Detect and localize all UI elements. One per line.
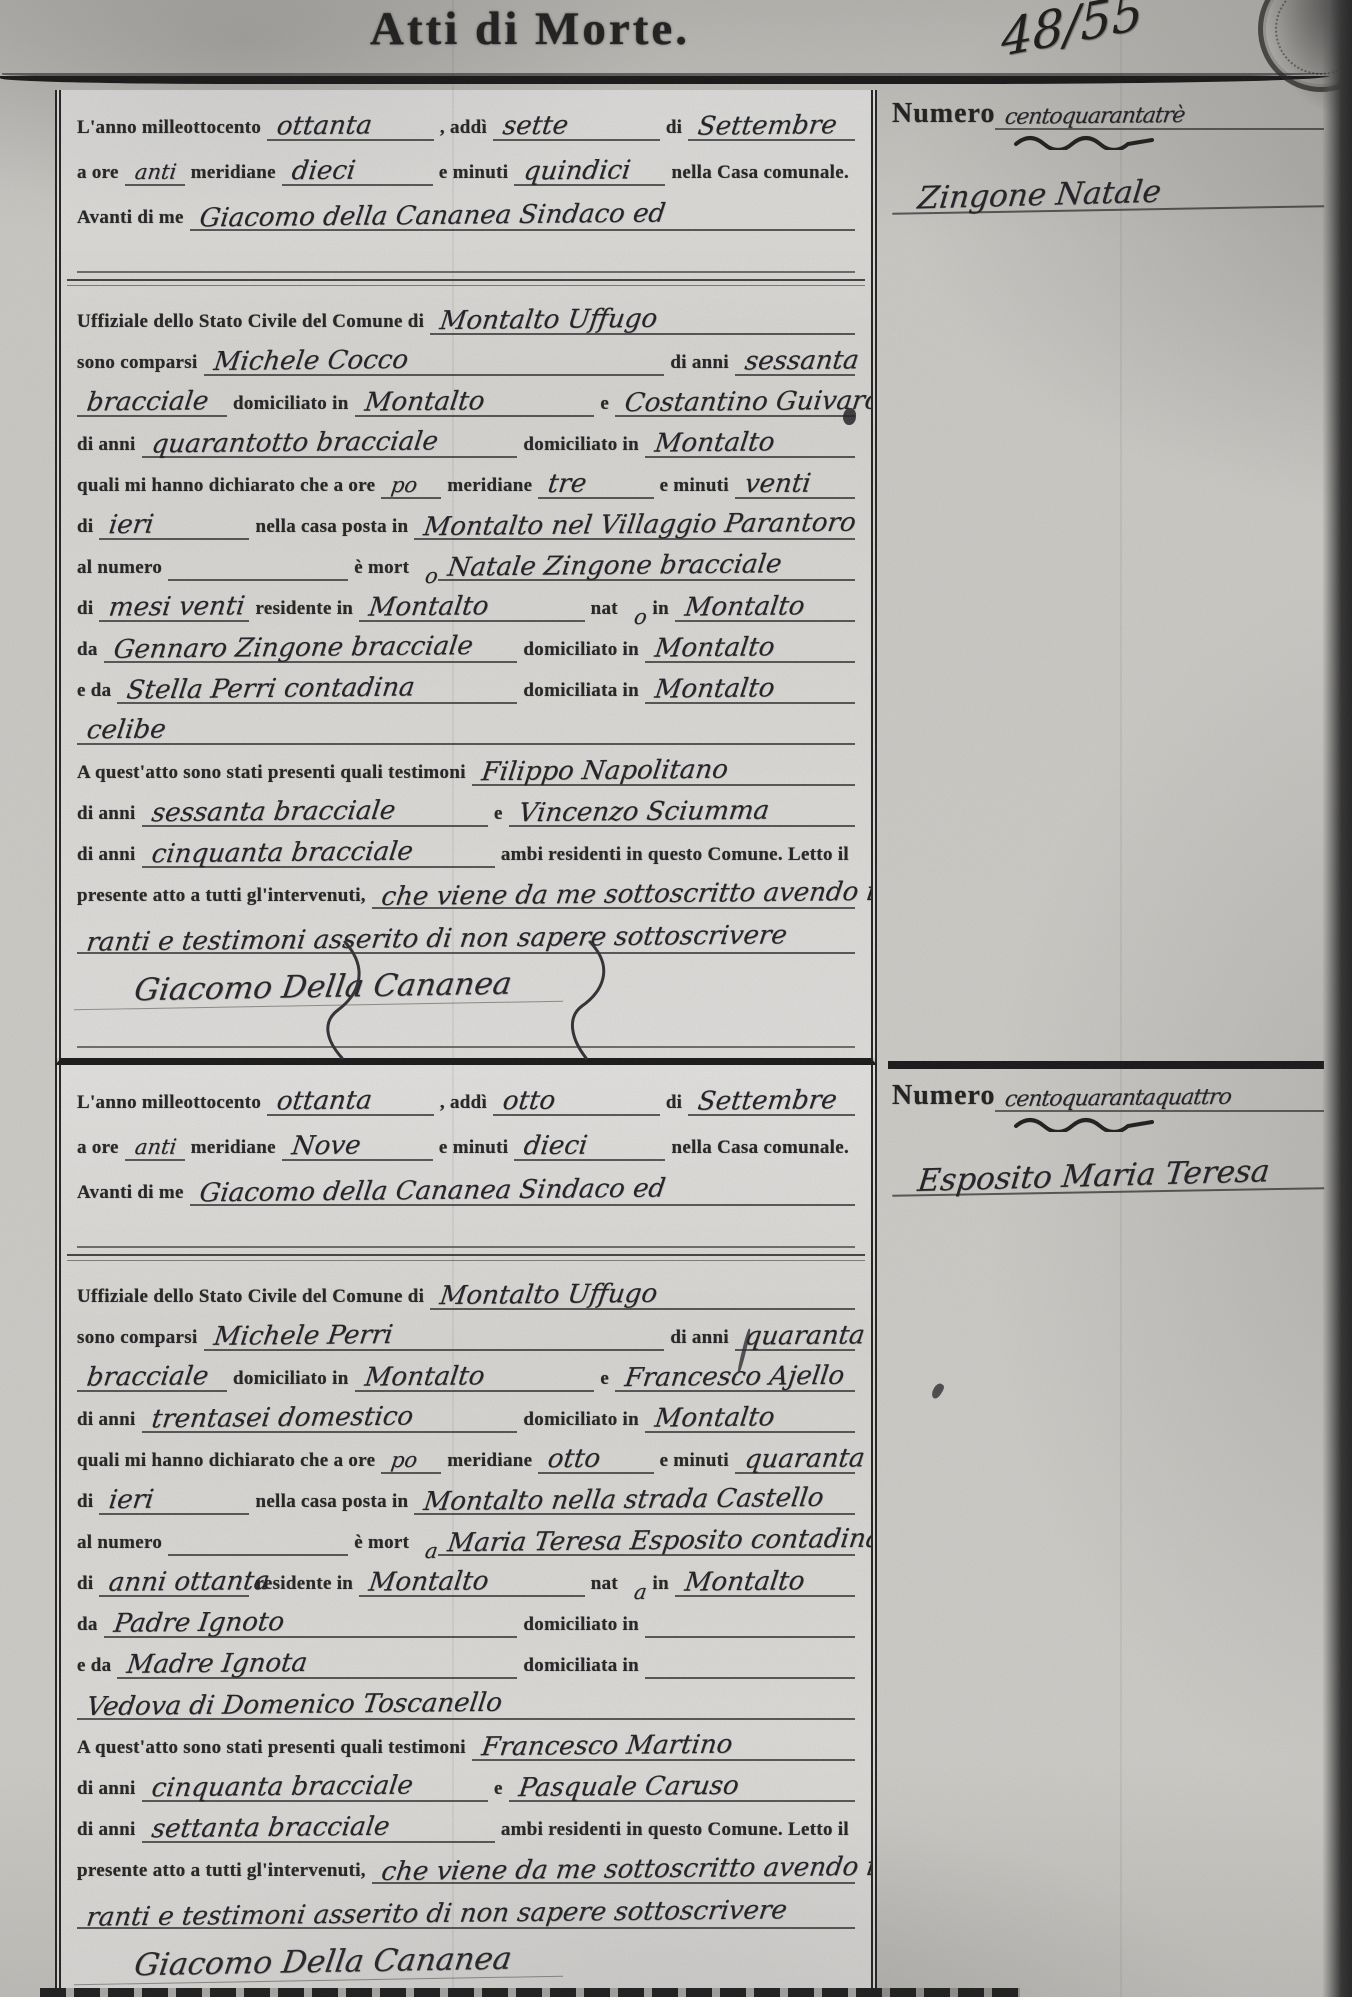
form-label: domiciliato in	[227, 393, 355, 417]
handwritten-marital-status: Vedova di Domenico Toscanello	[75, 1692, 503, 1719]
handwritten-declarant1: Michele Cocco	[202, 349, 409, 373]
death-register-page: Atti di Morte. 48/55 L'anno milleottocen…	[0, 0, 1352, 1997]
handwritten-witness2: Pasquale Caruso	[507, 1775, 740, 1799]
handwritten-death-day: ieri	[98, 1489, 155, 1512]
page-title: Atti di Morte.	[0, 2, 1060, 56]
form-label: domiciliato in	[517, 1409, 645, 1433]
line-time: a ore anti meridiane Nove e minuti dieci…	[77, 1116, 855, 1161]
handwritten-comune: Montalto Uffugo	[429, 308, 659, 332]
section-divider	[67, 1254, 865, 1261]
handwritten-declarant1: Michele Perri	[202, 1324, 394, 1348]
form-label: di anni	[77, 434, 142, 458]
form-label: A quest'atto sono stati presenti quali t…	[77, 1737, 472, 1761]
line-death-time: quali mi hanno dichiarato che a ore po m…	[77, 458, 855, 499]
section-divider	[67, 279, 865, 286]
handwritten-mother: Madre Ignota	[116, 1652, 309, 1676]
handwritten-witness2: Vincenzo Sciumma	[507, 800, 770, 825]
form-label: di anni	[664, 352, 735, 376]
handwritten-age1: sessanta	[733, 349, 860, 372]
line-mother: e da Stella Perri contadina domiciliata …	[77, 663, 855, 704]
form-label: nella casa posta in	[249, 516, 414, 540]
handwritten-gender-vowel: o	[623, 609, 648, 627]
form-label: meridiane	[441, 475, 538, 499]
handwritten-death-hour: tre	[537, 473, 588, 496]
line-witness2-age: di anni cinquanta bracciale ambi residen…	[77, 827, 855, 868]
line-death-time: quali mi hanno dichiarato che a ore po m…	[77, 1433, 855, 1474]
form-label: nella casa posta in	[249, 1491, 414, 1515]
line-witness1: A quest'atto sono stati presenti quali t…	[77, 745, 855, 786]
handwritten-meridian: anti	[124, 164, 178, 182]
form-label: L'anno milleottocento	[77, 117, 267, 141]
line-witness2-age: di anni settanta bracciale ambi resident…	[77, 1802, 855, 1843]
line-declarant2-age: di anni quarantotto bracciale domiciliat…	[77, 417, 855, 458]
handwritten-official: Giacomo della Cananea Sindaco ed	[188, 1178, 666, 1205]
line-declarant2-age: di anni trentasei domestico domiciliato …	[77, 1392, 855, 1433]
scan-edge-shadow	[1322, 0, 1352, 1997]
form-label: sono comparsi	[77, 352, 204, 376]
handwritten-domicile2: Montalto	[643, 1406, 775, 1429]
form-label: domiciliata in	[517, 1655, 645, 1679]
line-comune: Uffiziale dello Stato Civile del Comune …	[77, 1269, 855, 1310]
form-label: di	[77, 1491, 99, 1515]
form-label: a ore	[77, 1137, 125, 1161]
handwritten-day: sette	[492, 115, 570, 138]
paper-fold-line	[1120, 0, 1122, 1997]
handwritten-gender-vowel: a	[414, 1543, 439, 1561]
scan-edge-shadow	[40, 1988, 1020, 1997]
handwritten-domicile1: Montalto	[353, 390, 485, 413]
record-number-line: Numero centoquarantaquattro	[892, 1080, 1324, 1112]
form-label: sono comparsi	[77, 1327, 204, 1351]
ink-blot	[843, 408, 856, 425]
form-label: L'anno milleottocento	[77, 1092, 267, 1116]
form-label: Uffiziale dello Stato Civile del Comune …	[77, 1286, 430, 1310]
form-label: meridiane	[441, 1450, 538, 1474]
handwritten-death-minutes: venti	[734, 473, 813, 496]
handwritten-father: Padre Ignoto	[102, 1611, 285, 1635]
line-mother: e da Madre Ignota domiciliata in	[77, 1638, 855, 1679]
form-label: domiciliata in	[517, 680, 645, 704]
numero-label: Numero	[892, 98, 995, 130]
handwritten-death-hour: otto	[537, 1448, 602, 1471]
handwritten-witness1: Francesco Martino	[470, 1734, 733, 1759]
line-declarant1: sono comparsi Michele Cocco di anni sess…	[77, 335, 855, 376]
line-marital-status: celibe	[77, 704, 855, 745]
form-label: di anni	[664, 1327, 735, 1351]
form-label: di anni	[77, 1778, 142, 1802]
form-label: da	[77, 639, 104, 663]
handwritten-declarant2: Francesco Ajello	[614, 1365, 846, 1389]
form-label: al numero	[77, 1532, 168, 1556]
line-comune: Uffiziale dello Stato Civile del Comune …	[77, 294, 855, 335]
handwritten-meridian: anti	[124, 1139, 178, 1157]
line-father: da Padre Ignoto domiciliato in	[77, 1597, 855, 1638]
line-official: Avanti di me Giacomo della Cananea Sinda…	[77, 1161, 855, 1206]
form-label: e minuti	[433, 162, 514, 186]
form-label: nat	[585, 598, 624, 622]
handwritten-year: ottanta	[266, 1089, 374, 1112]
line-deceased: al numero è mort o Natale Zingone bracci…	[77, 540, 855, 581]
death-record-1: L'anno milleottocento ottanta , addì set…	[55, 90, 877, 1065]
line-death-place: di ieri nella casa posta in Montalto nel…	[77, 1474, 855, 1515]
handwritten-profession1: bracciale	[75, 390, 209, 413]
handwritten-birthplace: Montalto	[673, 595, 805, 618]
form-label: di anni	[77, 844, 142, 868]
form-label: Uffiziale dello Stato Civile del Comune …	[77, 311, 430, 335]
record-number-line: Numero centoquarantatrè	[892, 98, 1324, 130]
line-date: L'anno milleottocento ottanta , addì set…	[77, 96, 855, 141]
blank-ruled-line	[77, 1206, 855, 1248]
line-witness2: di anni cinquanta bracciale e Pasquale C…	[77, 1761, 855, 1802]
handwritten-marital-status: celibe	[76, 719, 168, 742]
line-marital-status: Vedova di Domenico Toscanello	[77, 1679, 855, 1720]
handwritten-official: Giacomo della Cananea Sindaco ed	[188, 203, 666, 230]
form-label: e minuti	[654, 1450, 735, 1474]
form-label: e	[594, 393, 615, 417]
handwritten-witness1: Filippo Napolitano	[470, 759, 729, 784]
form-label: di	[660, 117, 688, 141]
form-label: di	[77, 598, 99, 622]
line-declarant2: bracciale domiciliato in Montalto e Cost…	[77, 376, 855, 417]
form-label: è mort	[348, 557, 415, 581]
form-label: e minuti	[654, 475, 735, 499]
handwritten-year: ottanta	[266, 114, 374, 137]
form-label: ambi residenti in questo Comune. Letto i…	[495, 1819, 855, 1843]
handwritten-closing1: che viene da me sottoscritto avendo i di…	[370, 880, 877, 908]
handwritten-witness2-age: cinquanta bracciale	[140, 841, 414, 866]
record-divider	[888, 1061, 1324, 1069]
handwritten-domicile2: Montalto	[643, 431, 775, 454]
handwritten-profession1: bracciale	[75, 1365, 209, 1388]
official-signature: Giacomo Della Cananea	[74, 1940, 568, 1986]
line-closing1: presente atto a tutti gl'intervenuti, ch…	[77, 868, 855, 909]
form-label: presente atto a tutti gl'intervenuti,	[77, 1860, 372, 1884]
handwritten-domicile1: Montalto	[353, 1365, 485, 1388]
handwritten-death-meridian: po	[380, 477, 418, 495]
line-witness2: di anni sessanta bracciale e Vincenzo Sc…	[77, 786, 855, 827]
handwritten-death-place: Montalto nella strada Castello	[413, 1487, 826, 1513]
form-label: di anni	[77, 803, 142, 827]
form-label: nella Casa comunale.	[665, 1137, 855, 1161]
handwritten-deceased-margin-name: Esposito Maria Teresa	[890, 1158, 1271, 1195]
pen-flourish	[230, 940, 650, 1060]
form-label: quali mi hanno dichiarato che a ore	[77, 475, 381, 499]
form-label: di	[77, 516, 99, 540]
line-deceased-age: di mesi venti residente in Montalto nat …	[77, 581, 855, 622]
handwritten-closing2: ranti e testimoni asserito di non sapere…	[75, 1899, 788, 1929]
form-label: meridiane	[185, 1137, 282, 1161]
pen-flourish	[1012, 132, 1162, 150]
line-father: da Gennaro Zingone bracciale domiciliato…	[77, 622, 855, 663]
handwritten-declarant2: Costantino Guivaro	[614, 390, 877, 415]
handwritten-mother-domicile: Montalto	[643, 677, 775, 700]
handwritten-deceased-name: Natale Zingone bracciale	[436, 553, 783, 579]
line-deceased: al numero è mort a Maria Teresa Esposito…	[77, 1515, 855, 1556]
form-label: a ore	[77, 162, 125, 186]
form-label: e minuti	[433, 1137, 514, 1161]
form-label: residente in	[249, 598, 359, 622]
handwritten-birthplace: Montalto	[673, 1570, 805, 1593]
form-label: nat	[585, 1573, 624, 1597]
margin-annotation-record-1: Numero centoquarantatrè Zingone Natale	[892, 98, 1324, 211]
handwritten-mother: Stella Perri contadina	[116, 676, 417, 701]
form-label: meridiane	[185, 162, 282, 186]
handwritten-death-meridian: po	[380, 1452, 418, 1470]
handwritten-hour: Nove	[280, 1135, 361, 1158]
handwritten-minutes: quindici	[513, 159, 632, 182]
form-label: di	[77, 1573, 99, 1597]
death-record-2: L'anno milleottocento ottanta , addì ott…	[55, 1065, 877, 1997]
form-label: in	[647, 1573, 675, 1597]
handwritten-deceased-name: Maria Teresa Esposito contadina	[436, 1528, 877, 1555]
margin-annotation-record-2: Numero centoquarantaquattro Esposito Mar…	[892, 1080, 1324, 1193]
line-witness1: A quest'atto sono stati presenti quali t…	[77, 1720, 855, 1761]
line-declarant1: sono comparsi Michele Perri di anni quar…	[77, 1310, 855, 1351]
form-label: ambi residenti in questo Comune. Letto i…	[495, 844, 855, 868]
header-rule	[0, 76, 1330, 84]
form-label: A quest'atto sono stati presenti quali t…	[77, 762, 472, 786]
form-label: , addì	[434, 1092, 493, 1116]
line-date: L'anno milleottocento ottanta , addì ott…	[77, 1071, 855, 1116]
form-label: nella Casa comunale.	[665, 162, 855, 186]
form-label: presente atto a tutti gl'intervenuti,	[77, 885, 372, 909]
line-death-place: di ieri nella casa posta in Montalto nel…	[77, 499, 855, 540]
handwritten-witness1-age: cinquanta bracciale	[140, 1775, 414, 1800]
form-label: di anni	[77, 1409, 142, 1433]
line-official: Avanti di me Giacomo della Cananea Sinda…	[77, 186, 855, 231]
handwritten-witness2-age: settanta bracciale	[140, 1816, 391, 1841]
numero-label: Numero	[892, 1080, 995, 1112]
handwritten-minutes: dieci	[513, 1135, 589, 1158]
handwritten-record-number: centoquarantatrè	[994, 107, 1186, 128]
form-label: quali mi hanno dichiarato che a ore	[77, 1450, 381, 1474]
handwritten-witness1-age: sessanta bracciale	[140, 800, 396, 825]
form-label: e da	[77, 1655, 117, 1679]
handwritten-month: Settembre	[687, 1089, 839, 1113]
handwritten-month: Settembre	[687, 114, 839, 138]
handwritten-day: otto	[492, 1090, 557, 1113]
pen-flourish	[1012, 1114, 1162, 1132]
ink-stroke	[930, 1382, 946, 1400]
form-label: al numero	[77, 557, 168, 581]
form-label: e	[488, 803, 509, 827]
form-label: di	[660, 1092, 688, 1116]
form-label: di anni	[77, 1819, 142, 1843]
handwritten-deceased-age: anni ottanta	[98, 1570, 271, 1594]
blank-ruled-line	[77, 231, 855, 273]
handwritten-age2: trentasei domestico	[140, 1406, 414, 1431]
handwritten-age2: quarantotto bracciale	[140, 430, 439, 455]
handwritten-hour: dieci	[280, 160, 356, 183]
form-label: in	[647, 598, 675, 622]
handwritten-father: Gennaro Zingone bracciale	[102, 635, 474, 661]
form-label: e	[488, 1778, 509, 1802]
handwritten-death-minutes: quaranta	[733, 1447, 866, 1470]
line-deceased-age: di anni ottanta residente in Montalto na…	[77, 1556, 855, 1597]
handwritten-death-place: Montalto nel Villaggio Parantoro	[413, 512, 858, 539]
form-label: domiciliato in	[517, 434, 645, 458]
form-label: , addì	[434, 117, 493, 141]
handwritten-closing1: che viene da me sottoscritto avendo i di…	[370, 1855, 877, 1883]
form-label: domiciliato in	[517, 1614, 645, 1638]
form-label: è mort	[348, 1532, 415, 1556]
handwritten-residence: Montalto	[358, 595, 490, 618]
handwritten-age1: quaranta	[733, 1324, 866, 1347]
form-label: da	[77, 1614, 104, 1638]
handwritten-record-number: centoquarantaquattro	[994, 1089, 1232, 1110]
line-time: a ore anti meridiane dieci e minuti quin…	[77, 141, 855, 186]
line-closing2: ranti e testimoni asserito di non sapere…	[77, 1884, 855, 1929]
handwritten-death-day: ieri	[98, 514, 155, 537]
form-label: Avanti di me	[77, 1182, 190, 1206]
line-signature: Giacomo Della Cananea	[77, 1929, 855, 1981]
line-closing1: presente atto a tutti gl'intervenuti, ch…	[77, 1843, 855, 1884]
handwritten-comune: Montalto Uffugo	[429, 1283, 659, 1307]
form-label: e da	[77, 680, 117, 704]
form-label: domiciliato in	[227, 1368, 355, 1392]
handwritten-deceased-age: mesi venti	[98, 595, 247, 619]
handwritten-gender-vowel: o	[414, 568, 439, 586]
form-label: Avanti di me	[77, 207, 190, 231]
handwritten-residence: Montalto	[358, 1570, 490, 1593]
form-label: e	[594, 1368, 615, 1392]
form-label: domiciliato in	[517, 639, 645, 663]
handwritten-father-domicile: Montalto	[643, 636, 775, 659]
handwritten-gender-vowel: a	[623, 1584, 648, 1602]
